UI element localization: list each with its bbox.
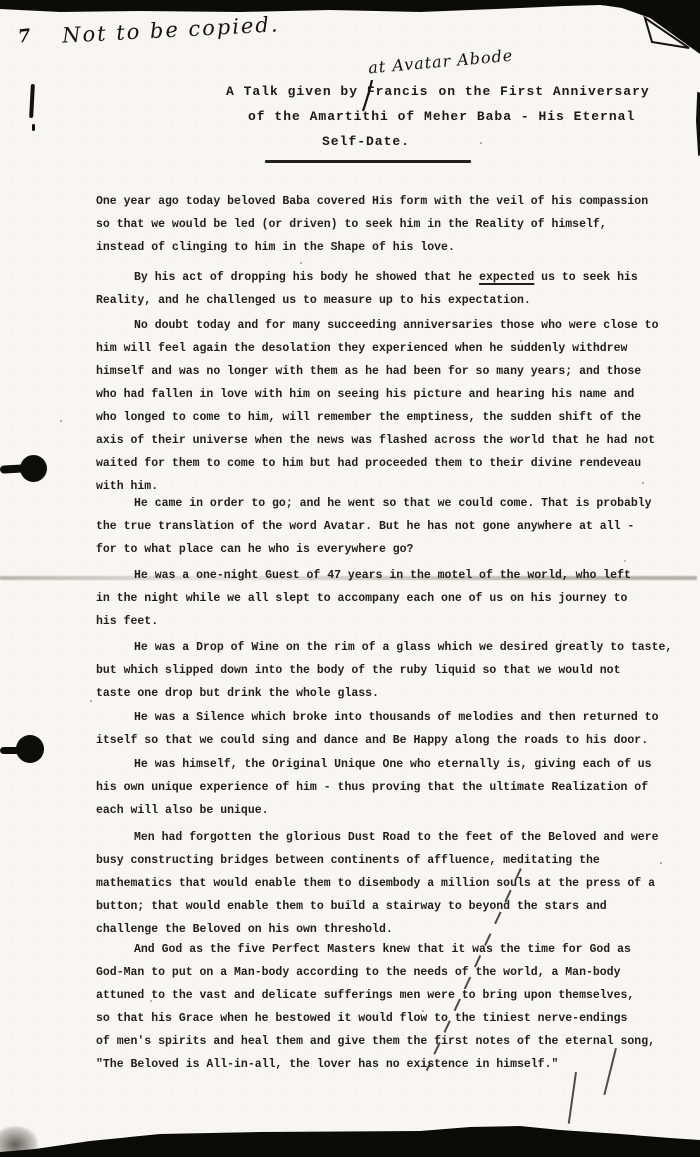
paragraph-9: Men had forgotten the glorious Dust Road…	[96, 826, 680, 941]
title-line-3: Self-Date.	[322, 134, 410, 150]
ink-mark-dot	[32, 124, 35, 131]
binder-hole-bottom-tail	[0, 747, 21, 754]
title-rule	[265, 160, 471, 163]
paragraph-4: He came in order to go; and he went so t…	[96, 492, 680, 561]
scan-bottom-edge-band	[0, 1108, 700, 1157]
title-line-1: A Talk given by Francison the First Anni…	[226, 84, 650, 100]
folded-corner-graphic	[588, 0, 700, 62]
title-line-2: of the Amartithi of Meher Baba - His Ete…	[248, 109, 635, 125]
crease-stroke-left	[568, 1072, 577, 1124]
underlined-word: expected	[479, 271, 534, 284]
paragraph-8: He was himself, the Original Unique One …	[96, 753, 680, 822]
folded-corner	[588, 0, 700, 62]
handwritten-note-do-not-copy: Not to be copied.	[62, 12, 281, 47]
title-line-1-before: A Talk given by Francis	[226, 84, 428, 99]
paragraph-2: By his act of dropping his body he showe…	[96, 266, 680, 312]
paragraph-7: He was a Silence which broke into thousa…	[96, 706, 680, 752]
scan-noise-speckles	[0, 0, 2, 2]
binder-hole-top-tail	[0, 464, 26, 473]
paragraph-1: One year ago today beloved Baba covered …	[96, 190, 680, 259]
ink-mark	[29, 84, 35, 118]
paragraph-10: And God as the five Perfect Masters knew…	[96, 938, 680, 1076]
paragraph-6: He was a Drop of Wine on the rim of a gl…	[96, 636, 680, 705]
paragraph-5: He was a one-night Guest of 47 years in …	[96, 564, 680, 633]
page-number: 7	[17, 25, 32, 47]
handwritten-insertion: at Avatar Abode	[367, 46, 513, 78]
paragraph-3: No doubt today and for many succeeding a…	[96, 314, 680, 498]
title-line-1-after: on the First Anniversary	[438, 84, 649, 99]
right-edge-scan-mark	[696, 92, 700, 156]
scanned-document-page: 7 Not to be copied. at Avatar Abode A Ta…	[0, 0, 700, 1157]
paragraph-2-pre: By his act of dropping his body he showe…	[134, 271, 479, 284]
